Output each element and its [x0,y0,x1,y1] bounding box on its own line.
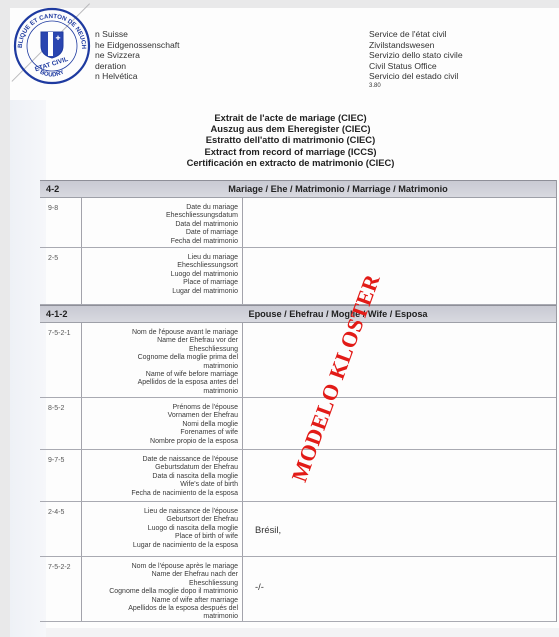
header-left-line: n Helvética [95,71,180,82]
table-row: 2-5Lieu du mariageEheschliessungsortLuog… [40,248,556,305]
field-label-line: Lugar del matrimonio [88,288,238,296]
form-code: 3.80 [369,82,463,90]
section-title: Epouse / Ehefrau / Moglie / Wife / Espos… [40,309,556,319]
field-label-line: Forenames of wife [88,429,238,437]
title-line: Estratto dell'atto di matrimonio (CIEC) [0,134,559,145]
field-label-line: Name der Ehefrau vor der [88,337,238,345]
field-label: Lieu du mariageEheschliessungsortLuogo d… [82,248,243,304]
field-label-line: Data del matrimonio [88,221,238,229]
field-label-line: Nomi della moglie [88,421,238,429]
header-right-line: Zivilstandswesen [369,40,463,51]
field-label: Date de naissance de l'épouseGeburtsdatu… [82,450,243,501]
field-label: Nom de l'épouse avant le mariageName der… [82,323,243,397]
field-label-line: Nom de l'épouse après le mariage [88,563,238,571]
field-label-line: matrimonio [88,388,238,396]
svg-text:✚: ✚ [55,35,60,42]
field-label-line: Wife's date of birth [88,481,238,489]
section-header: 4-1-2Epouse / Ehefrau / Moglie / Wife / … [40,305,556,323]
field-label-line: Geburtsdatum der Ehefrau [88,464,238,472]
field-code: 9-8 [40,198,82,247]
header-left-line: n Suisse [95,29,180,40]
section-header: 4-2Mariage / Ehe / Matrimonio / Marriage… [40,180,556,198]
field-label-line: Date de naissance de l'épouse [88,456,238,464]
title-line: Auszug aus dem Eheregister (CIEC) [0,123,559,134]
field-label: Prénoms de l'épouseVornamen der EhefrauN… [82,398,243,449]
field-label-line: Eheschliessung [88,346,238,354]
field-label-line: Geburtsort der Ehefrau [88,516,238,524]
field-label-line: Date du mariage [88,204,238,212]
field-code: 8-5-2 [40,398,82,449]
table-row: 2-4-5Lieu de naissance de l'épouseGeburt… [40,502,556,557]
header-right-line: Servizio dello stato civile [369,50,463,61]
field-label-line: matrimonio [88,363,238,371]
section-title: Mariage / Ehe / Matrimonio / Marriage / … [40,184,556,194]
header-left-line: ne Svizzera [95,50,180,61]
header-left-line: he Eidgenossenschaft [95,40,180,51]
field-code: 2-5 [40,248,82,304]
field-label-line: Fecha del matrimonio [88,238,238,246]
field-label-line: Name der Ehefrau nach der [88,571,238,579]
table-row: 9-8Date du mariageEheschliessungsdatumDa… [40,198,556,248]
field-label-line: Eheschliessung [88,580,238,588]
field-label-line: Data di nascita della moglie [88,473,238,481]
document-title: Extrait de l'acte de mariage (CIEC) Ausz… [0,112,559,168]
field-label-line: Place of birth of wife [88,533,238,541]
field-label: Date du mariageEheschliessungsdatumData … [82,198,243,247]
field-label-line: Nom de l'épouse avant le mariage [88,329,238,337]
field-label-line: Cognome della moglie prima del [88,354,238,362]
field-code: 7-5-2-1 [40,323,82,397]
field-label-line: Lugar de nacimiento de la esposa [88,542,238,550]
field-value: -/- [255,581,264,592]
header-right-line: Civil Status Office [369,61,463,72]
field-label-line: matrimonio [88,613,238,621]
title-line: Certificación en extracto de matrimonio … [0,157,559,168]
header-left-line: deration [95,61,180,72]
field-label-line: Luogo del matrimonio [88,271,238,279]
title-line: Extract from record of marriage (ICCS) [0,146,559,157]
field-code: 2-4-5 [40,502,82,556]
field-label: Lieu de naissance de l'épouseGeburtsort … [82,502,243,556]
field-label-line: Fecha de nacimiento de la esposa [88,490,238,498]
field-label-line: Name of wife before marriage [88,371,238,379]
confederation-header: n Suisse he Eidgenossenschaft ne Svizzer… [95,29,180,82]
field-label-line: Name of wife after marriage [88,597,238,605]
header-right-line: Servicio del estado civil [369,71,463,82]
civil-registry-stamp-icon: RÉPUBLIQUE ET CANTON DE NEUCHÂTEL ✚ ETAT… [12,6,92,86]
page-bottom-shadow [46,628,559,637]
field-label-line: Apellidos de la esposa después del [88,605,238,613]
header-right-line: Service de l'état civil [369,29,463,40]
field-label-line: Lieu du mariage [88,254,238,262]
field-value: Brésil, [255,524,281,535]
field-label-line: Luogo di nascita della moglie [88,525,238,533]
field-label: Nom de l'épouse après le mariageName der… [82,557,243,621]
field-label-line: Cognome della moglie dopo il matrimonio [88,588,238,596]
field-label-line: Eheschliessungsdatum [88,212,238,220]
civil-status-office-header: Service de l'état civil Zivilstandswesen… [369,29,463,90]
field-label-line: Prénoms de l'épouse [88,404,238,412]
field-label-line: Lieu de naissance de l'épouse [88,508,238,516]
field-label-line: Apellidos de la esposa antes del [88,379,238,387]
record-table: 4-2Mariage / Ehe / Matrimonio / Marriage… [40,180,557,622]
field-label-line: Nombre propio de la esposa [88,438,238,446]
title-line: Extrait de l'acte de mariage (CIEC) [0,112,559,123]
table-row: 7-5-2-2Nom de l'épouse après le mariageN… [40,557,556,622]
field-code: 9-7-5 [40,450,82,501]
field-code: 7-5-2-2 [40,557,82,621]
field-label-line: Place of marriage [88,279,238,287]
field-label-line: Vornamen der Ehefrau [88,412,238,420]
field-label-line: Date of marriage [88,229,238,237]
field-label-line: Eheschliessungsort [88,262,238,270]
table-row: 7-5-2-1Nom de l'épouse avant le mariageN… [40,323,556,398]
